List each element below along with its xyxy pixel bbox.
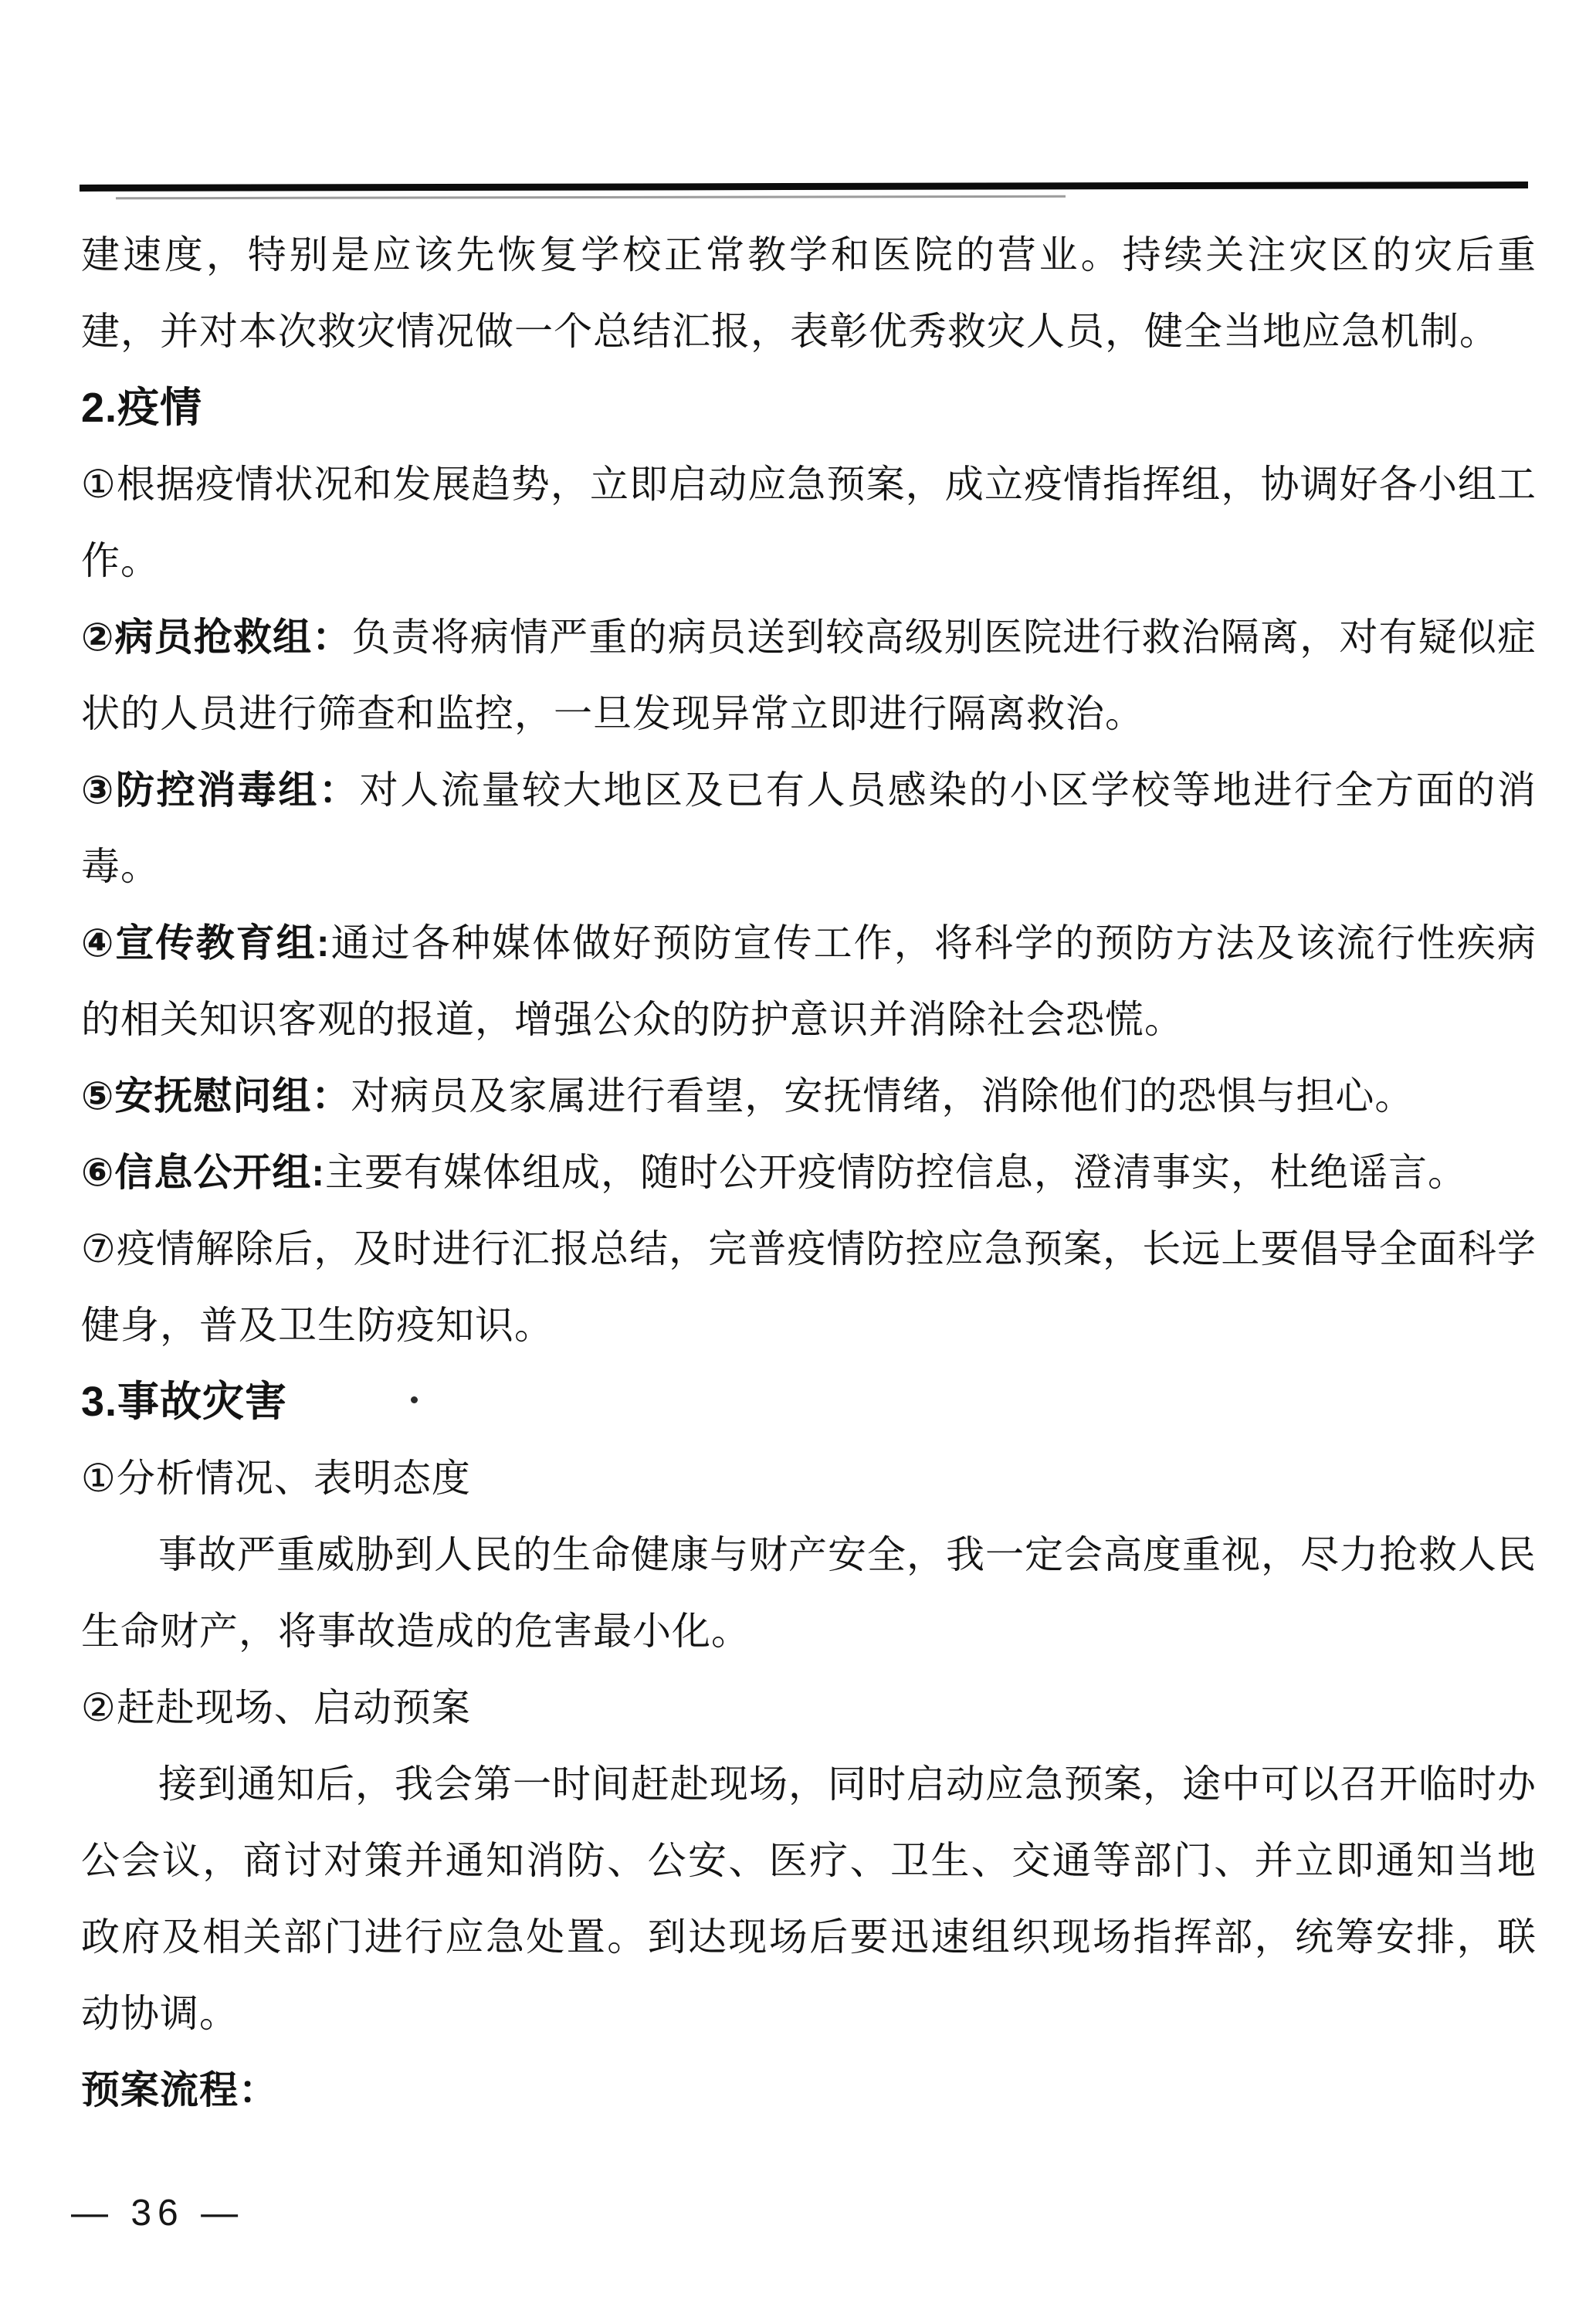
paragraph-accident-step2-title: ②赶赴现场、启动预案 <box>81 1670 1537 1746</box>
scanned-document-page: 建速度，特别是应该先恢复学校正常教学和医院的营业。持续关注灾区的灾后重建，并对本… <box>0 0 1596 2317</box>
paragraph-epidemic-closing: ⑦疫情解除后，及时进行汇报总结，完普疫情防控应急预案，长远上要倡导全面科学健身，… <box>81 1211 1537 1364</box>
paragraph-comfort-group: ⑤安抚慰问组：对病员及家属进行看望，安抚情绪，消除他们的恐惧与担心。 <box>81 1058 1537 1135</box>
information-group-label: ⑥信息公开组: <box>81 1151 325 1194</box>
epidemic-closing-text: ⑦疫情解除后，及时进行汇报总结，完普疫情防控应急预案，长远上要倡导全面科学健身，… <box>81 1227 1537 1347</box>
accident-step1-body-text: 事故严重威胁到人民的生命健康与财产安全，我一定会高度重视，尽力抢救人民生命财产，… <box>81 1533 1537 1653</box>
publicity-group-label: ④宣传教育组: <box>81 921 330 965</box>
paragraph-epidemic-command: ①根据疫情状况和发展趋势，立即启动应急预案，成立疫情指挥组，协调好各小组工作。 <box>81 446 1537 599</box>
paragraph-disinfection-group: ③防控消毒组：对人流量较大地区及已有人员感染的小区学校等地进行全方面的消毒。 <box>81 752 1537 905</box>
stray-ink-dot <box>411 1396 418 1403</box>
disinfection-group-label: ③防控消毒组： <box>81 768 360 812</box>
paragraph-publicity-group: ④宣传教育组:通过各种媒体做好预防宣传工作，将科学的预防方法及该流行性疾病的相关… <box>81 905 1537 1058</box>
plan-flow-label-text: 预案流程： <box>81 2068 278 2112</box>
epidemic-command-text: ①根据疫情状况和发展趋势，立即启动应急预案，成立疫情指挥组，协调好各小组工作。 <box>81 463 1537 582</box>
paragraph-accident-step2-body: 接到通知后，我会第一时间赶赴现场，同时启动应急预案，途中可以召开临时办公会议，商… <box>81 1746 1537 2052</box>
information-group-text: 主要有媒体组成，随时公开疫情防控信息，澄清事实，杜绝谣言。 <box>325 1151 1467 1194</box>
comfort-group-text: 对病员及家属进行看望，安抚情绪，消除他们的恐惧与担心。 <box>351 1074 1414 1118</box>
heading-epidemic: 2.疫情 <box>81 370 1537 446</box>
paragraph-accident-step1-title: ①分析情况、表明态度 <box>81 1440 1537 1517</box>
page-number: — 36 — <box>71 2192 244 2234</box>
paragraph-information-group: ⑥信息公开组:主要有媒体组成，随时公开疫情防控信息，澄清事实，杜绝谣言。 <box>81 1135 1537 1211</box>
paragraph-continuation: 建速度，特别是应该先恢复学校正常教学和医院的营业。持续关注灾区的灾后重建，并对本… <box>81 217 1537 370</box>
heading-accident: 3.事故灾害 <box>81 1364 1537 1440</box>
heading-epidemic-text: 2.疫情 <box>81 385 202 431</box>
document-body: 建速度，特别是应该先恢复学校正常教学和医院的营业。持续关注灾区的灾后重建，并对本… <box>81 217 1537 2129</box>
paragraph-plan-flow-label: 预案流程： <box>81 2052 1537 2129</box>
rescue-group-label: ②病员抢救组： <box>81 616 351 659</box>
continuation-text: 建速度，特别是应该先恢复学校正常教学和医院的营业。持续关注灾区的灾后重建，并对本… <box>81 233 1537 353</box>
top-horizontal-rule <box>80 181 1528 192</box>
accident-step2-title-text: ②赶赴现场、启动预案 <box>81 1686 471 1729</box>
top-horizontal-rule-echo <box>116 195 1066 200</box>
paragraph-rescue-group: ②病员抢救组：负责将病情严重的病员送到较高级别医院进行救治隔离，对有疑似症状的人… <box>81 599 1537 752</box>
paragraph-accident-step1-body: 事故严重威胁到人民的生命健康与财产安全，我一定会高度重视，尽力抢救人民生命财产，… <box>81 1517 1537 1670</box>
comfort-group-label: ⑤安抚慰问组： <box>81 1074 351 1118</box>
heading-accident-text: 3.事故灾害 <box>81 1379 287 1425</box>
accident-step2-body-text: 接到通知后，我会第一时间赶赴现场，同时启动应急预案，途中可以召开临时办公会议，商… <box>81 1762 1537 2035</box>
accident-step1-title-text: ①分析情况、表明态度 <box>81 1457 471 1500</box>
